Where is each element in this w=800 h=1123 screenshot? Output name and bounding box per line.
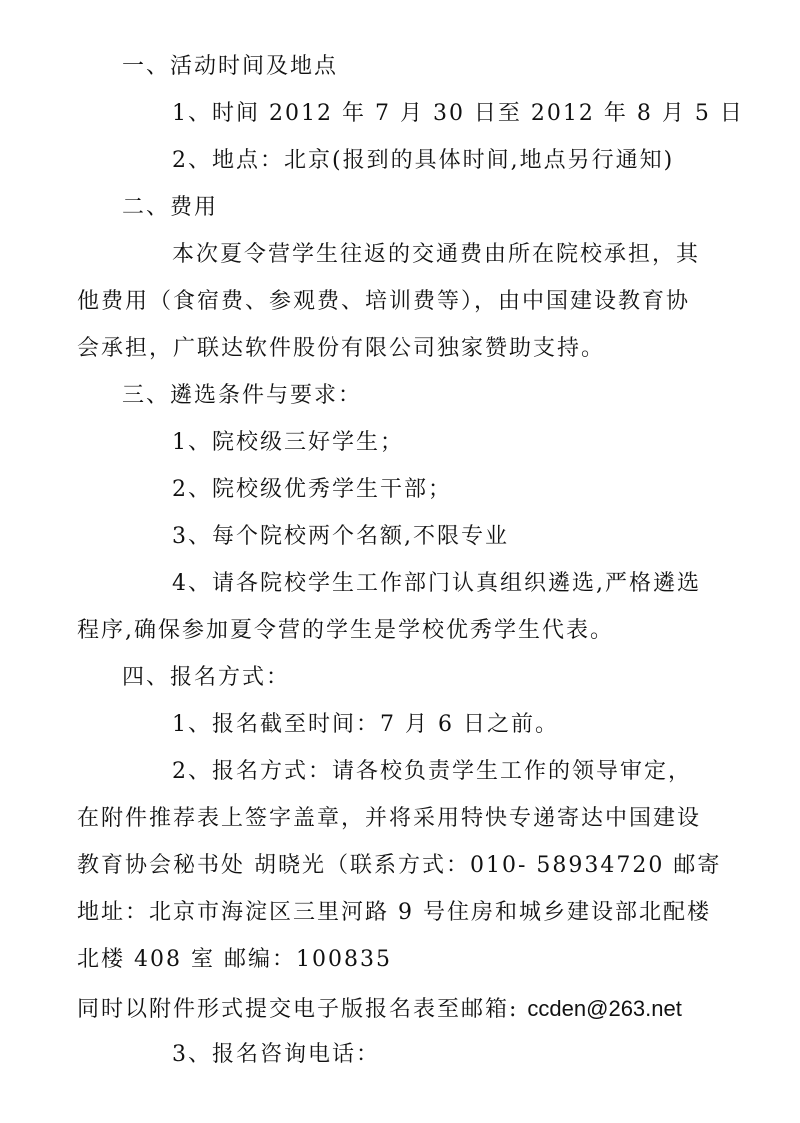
requirement-4-line-2: 程序,确保参加夏令营的学生是学校优秀学生代表。 xyxy=(77,616,614,646)
fee-paragraph-line-2: 他费用（食宿费、参观费、培训费等），由中国建设教育协 xyxy=(77,287,690,317)
registration-method-line-4: 地址：北京市海淀区三里河路 9 号住房和城乡建设部北配楼 xyxy=(77,898,711,928)
registration-method-line-2: 在附件推荐表上签字盖章，并将采用特快专递寄达中国建设 xyxy=(77,804,701,834)
section-heading-3: 三、遴选条件与要求： xyxy=(122,381,362,411)
registration-deadline: 1、报名截至时间：7 月 6 日之前。 xyxy=(172,710,559,740)
email-address: ccden@263.net xyxy=(527,996,681,1021)
activity-location: 2、地点：北京(报到的具体时间,地点另行通知) xyxy=(172,146,674,176)
requirement-4-line-1: 4、请各院校学生工作部门认真组织遴选,严格遴选 xyxy=(172,569,701,599)
section-heading-1: 一、活动时间及地点 xyxy=(122,52,338,82)
email-submission-text: 同时以附件形式提交电子版报名表至邮箱: xyxy=(77,997,527,1022)
email-submission-line: 同时以附件形式提交电子版报名表至邮箱: ccden@263.net xyxy=(77,994,682,1024)
registration-method-line-1: 2、报名方式：请各校负责学生工作的领导审定， xyxy=(172,757,692,787)
registration-phone: 3、报名咨询电话： xyxy=(172,1040,380,1070)
registration-method-line-5: 北楼 408 室 邮编：100835 xyxy=(77,945,392,975)
fee-paragraph-line-3: 会承担，广联达软件股份有限公司独家赞助支持。 xyxy=(77,334,605,364)
requirement-1: 1、院校级三好学生； xyxy=(172,428,404,458)
section-heading-2: 二、费用 xyxy=(122,193,218,223)
fee-paragraph-line-1: 本次夏令营学生往返的交通费由所在院校承担，其 xyxy=(172,240,700,270)
document-page: 一、活动时间及地点 1、时间 2012 年 7 月 30 日至 2012 年 8… xyxy=(0,0,800,1123)
registration-method-line-3: 教育协会秘书处 胡晓光（联系方式：010- 58934720 邮寄 xyxy=(77,851,721,881)
activity-time: 1、时间 2012 年 7 月 30 日至 2012 年 8 月 5 日 xyxy=(172,99,744,129)
section-heading-4: 四、报名方式： xyxy=(122,663,290,693)
requirement-3: 3、每个院校两个名额,不限专业 xyxy=(172,522,509,552)
requirement-2: 2、院校级优秀学生干部； xyxy=(172,475,452,505)
